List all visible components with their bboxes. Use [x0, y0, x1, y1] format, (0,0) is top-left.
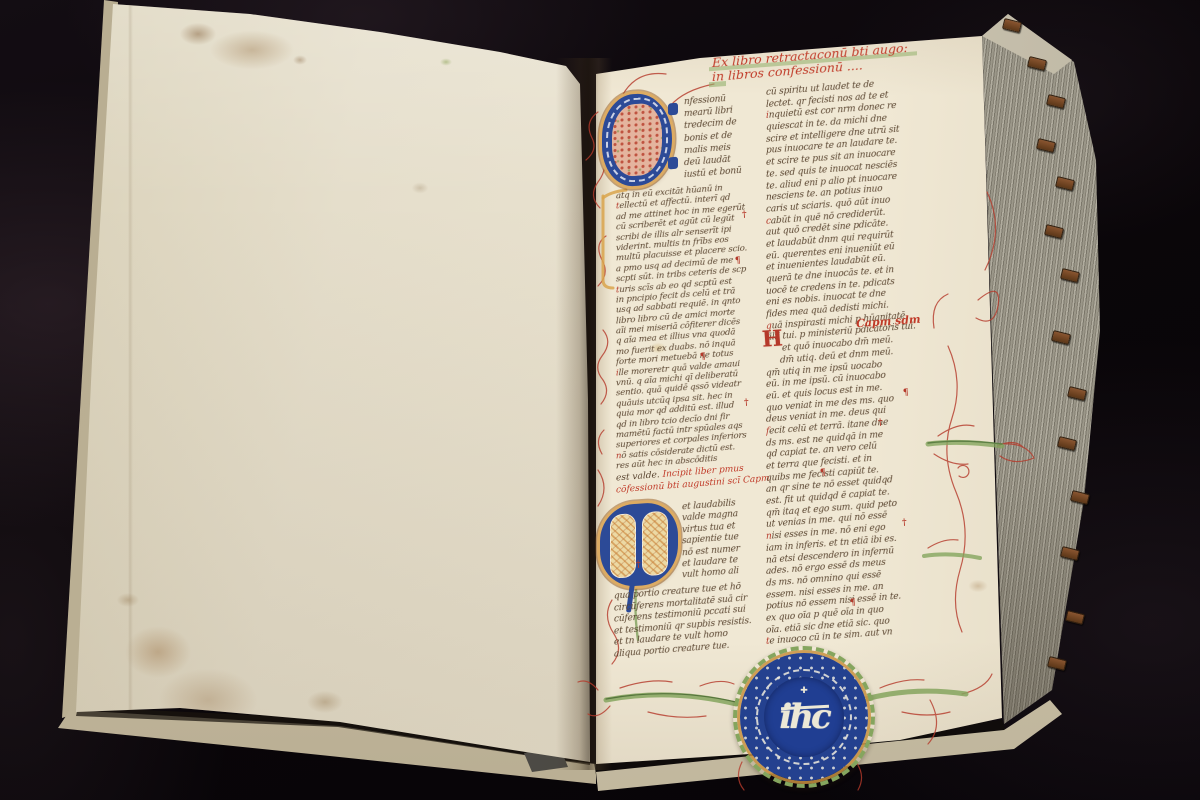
pilcrow-mark: ¶	[735, 256, 741, 266]
pilcrow-mark: †	[636, 560, 641, 570]
manuscript-photograph: Ex libro retractaconū bti augo:in libros…	[0, 0, 1200, 800]
manuscript-text-area: Ex libro retractaconū bti augo:in libros…	[596, 31, 1016, 743]
text-column-1-below-initial-m: qua portio creature tue et hōcircūferens…	[614, 580, 770, 661]
pilcrow-mark: †	[902, 518, 907, 528]
illuminated-initial-c	[602, 91, 672, 188]
red-lombard-initial-h: H	[761, 325, 784, 352]
text-column-2: cū spiritu ut laudet te delectet. qr fec…	[766, 75, 934, 649]
illuminated-initial-m	[600, 501, 678, 589]
initial-ornament	[668, 157, 678, 170]
text-column-1: atq in eū excitāt hūanū intellectū et af…	[616, 180, 768, 472]
text-column-1-beside-initial: nfessionūmearū libritredecim debonis et …	[684, 90, 770, 182]
pilcrow-mark: ¶	[903, 388, 909, 398]
pilcrow-mark: ¶	[700, 352, 706, 362]
ihs-medallion-wreath: ✚ ihc	[733, 646, 875, 788]
initial-ornament	[668, 103, 678, 116]
ihs-monogram: ihc	[779, 697, 828, 737]
pilcrow-mark: †	[744, 398, 749, 408]
text-column-1-beside-initial-m: et laudabilisvalde magnavirtus tua etsap…	[682, 495, 772, 582]
leather-index-tab	[1065, 610, 1085, 625]
medallion-core: ✚ ihc	[764, 677, 844, 757]
ihs-medallion: ✚ ihc	[740, 653, 868, 781]
pilcrow-mark: ¶	[820, 468, 826, 478]
pilcrow-mark: †	[742, 210, 747, 220]
small-cross-icon: ✚	[800, 686, 808, 696]
pilcrow-mark: †	[878, 418, 883, 428]
pilcrow-mark: ¶	[850, 598, 856, 608]
